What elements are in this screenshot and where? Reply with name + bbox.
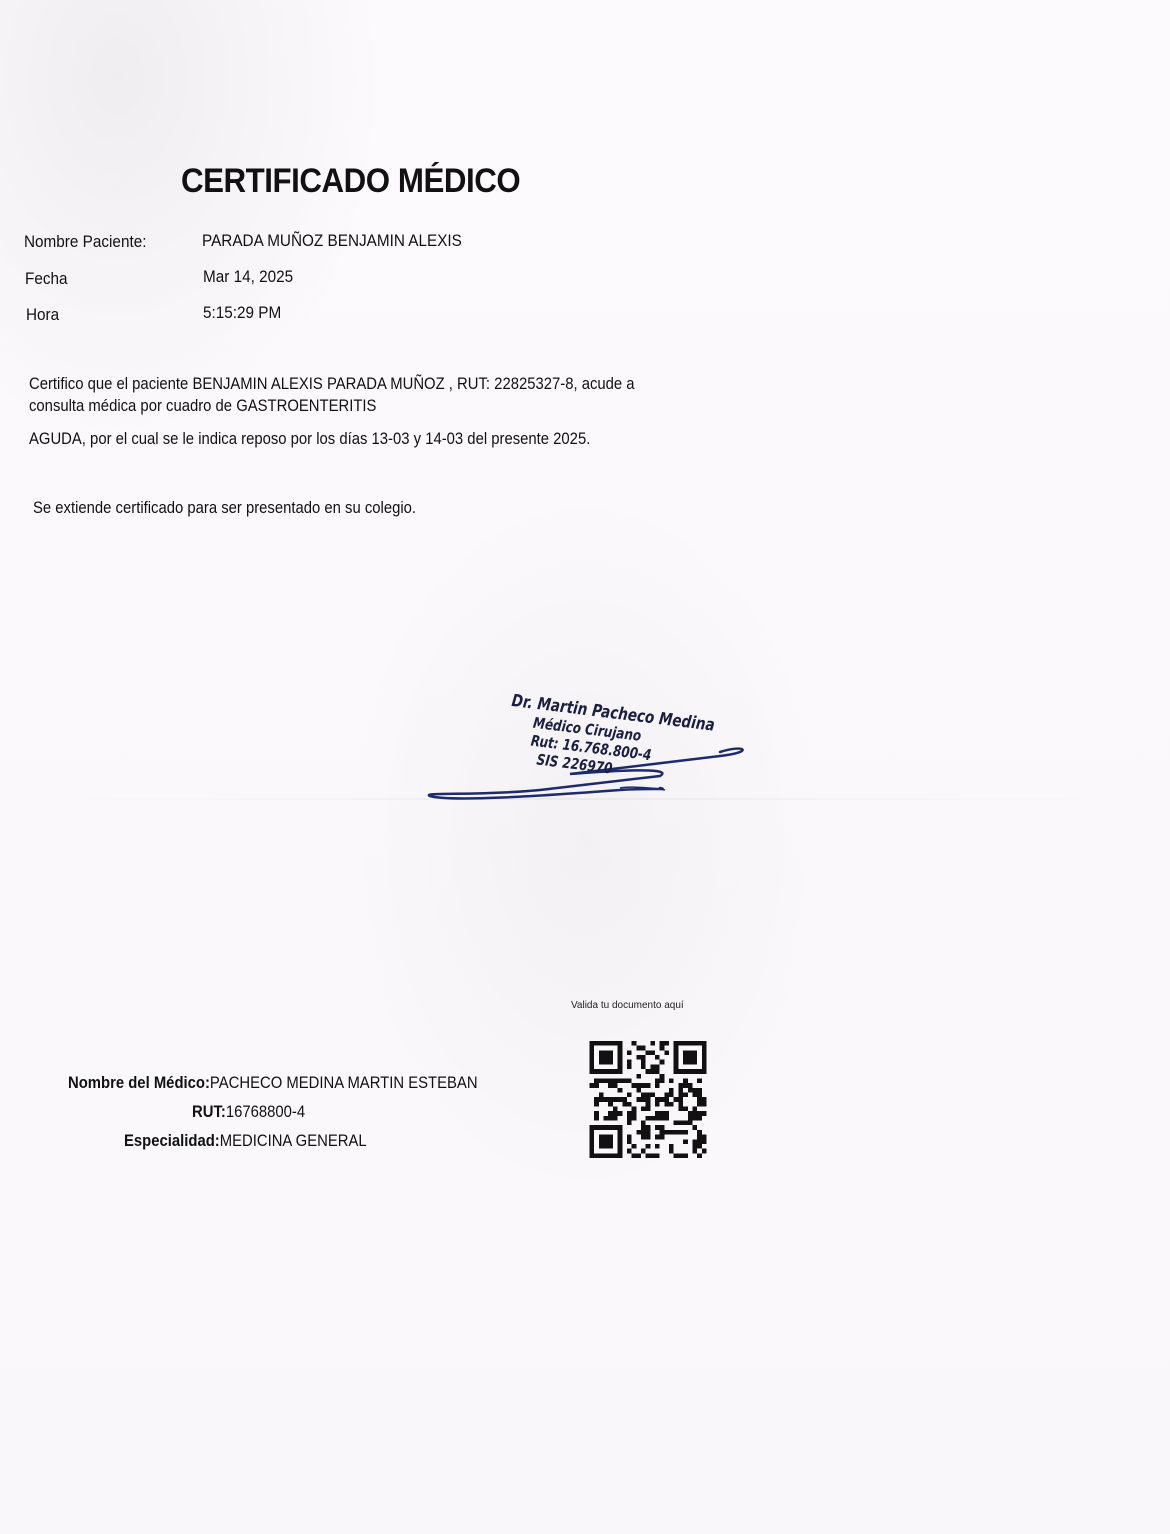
qr-code-icon[interactable] xyxy=(588,1041,708,1158)
validate-document-label: Valida tu documento aquí xyxy=(571,1000,684,1011)
doctor-rut-value: 16768800-4 xyxy=(226,1103,305,1121)
patient-name-label: Nombre Paciente: xyxy=(24,232,146,252)
doctor-rut-label: RUT: xyxy=(192,1103,226,1121)
certification-purpose: Se extiende certificado para ser present… xyxy=(33,499,416,518)
certification-text-line-3: AGUDA, por el cual se le indica reposo p… xyxy=(29,430,590,449)
doctor-specialty-label: Especialidad: xyxy=(124,1132,220,1150)
doctor-specialty-line: Especialidad:MEDICINA GENERAL xyxy=(124,1132,367,1151)
certification-text-line-1: Certifico que el paciente BENJAMIN ALEXI… xyxy=(29,375,635,394)
doctor-rut-line: RUT:16768800-4 xyxy=(192,1103,305,1122)
time-value: 5:15:29 PM xyxy=(203,303,281,323)
certification-text-line-2: consulta médica por cuadro de GASTROENTE… xyxy=(29,397,376,416)
doctor-name-line: Nombre del Médico:PACHECO MEDINA MARTIN … xyxy=(68,1074,478,1093)
time-label: Hora xyxy=(26,305,59,325)
doctor-name-value: PACHECO MEDINA MARTIN ESTEBAN xyxy=(210,1074,478,1092)
doctor-specialty-value: MEDICINA GENERAL xyxy=(220,1132,367,1150)
date-value: Mar 14, 2025 xyxy=(203,267,293,287)
doctor-name-label: Nombre del Médico: xyxy=(68,1074,210,1092)
patient-name-value: PARADA MUÑOZ BENJAMIN ALEXIS xyxy=(202,231,462,251)
document-title: CERTIFICADO MÉDICO xyxy=(181,162,520,201)
date-label: Fecha xyxy=(25,269,68,289)
